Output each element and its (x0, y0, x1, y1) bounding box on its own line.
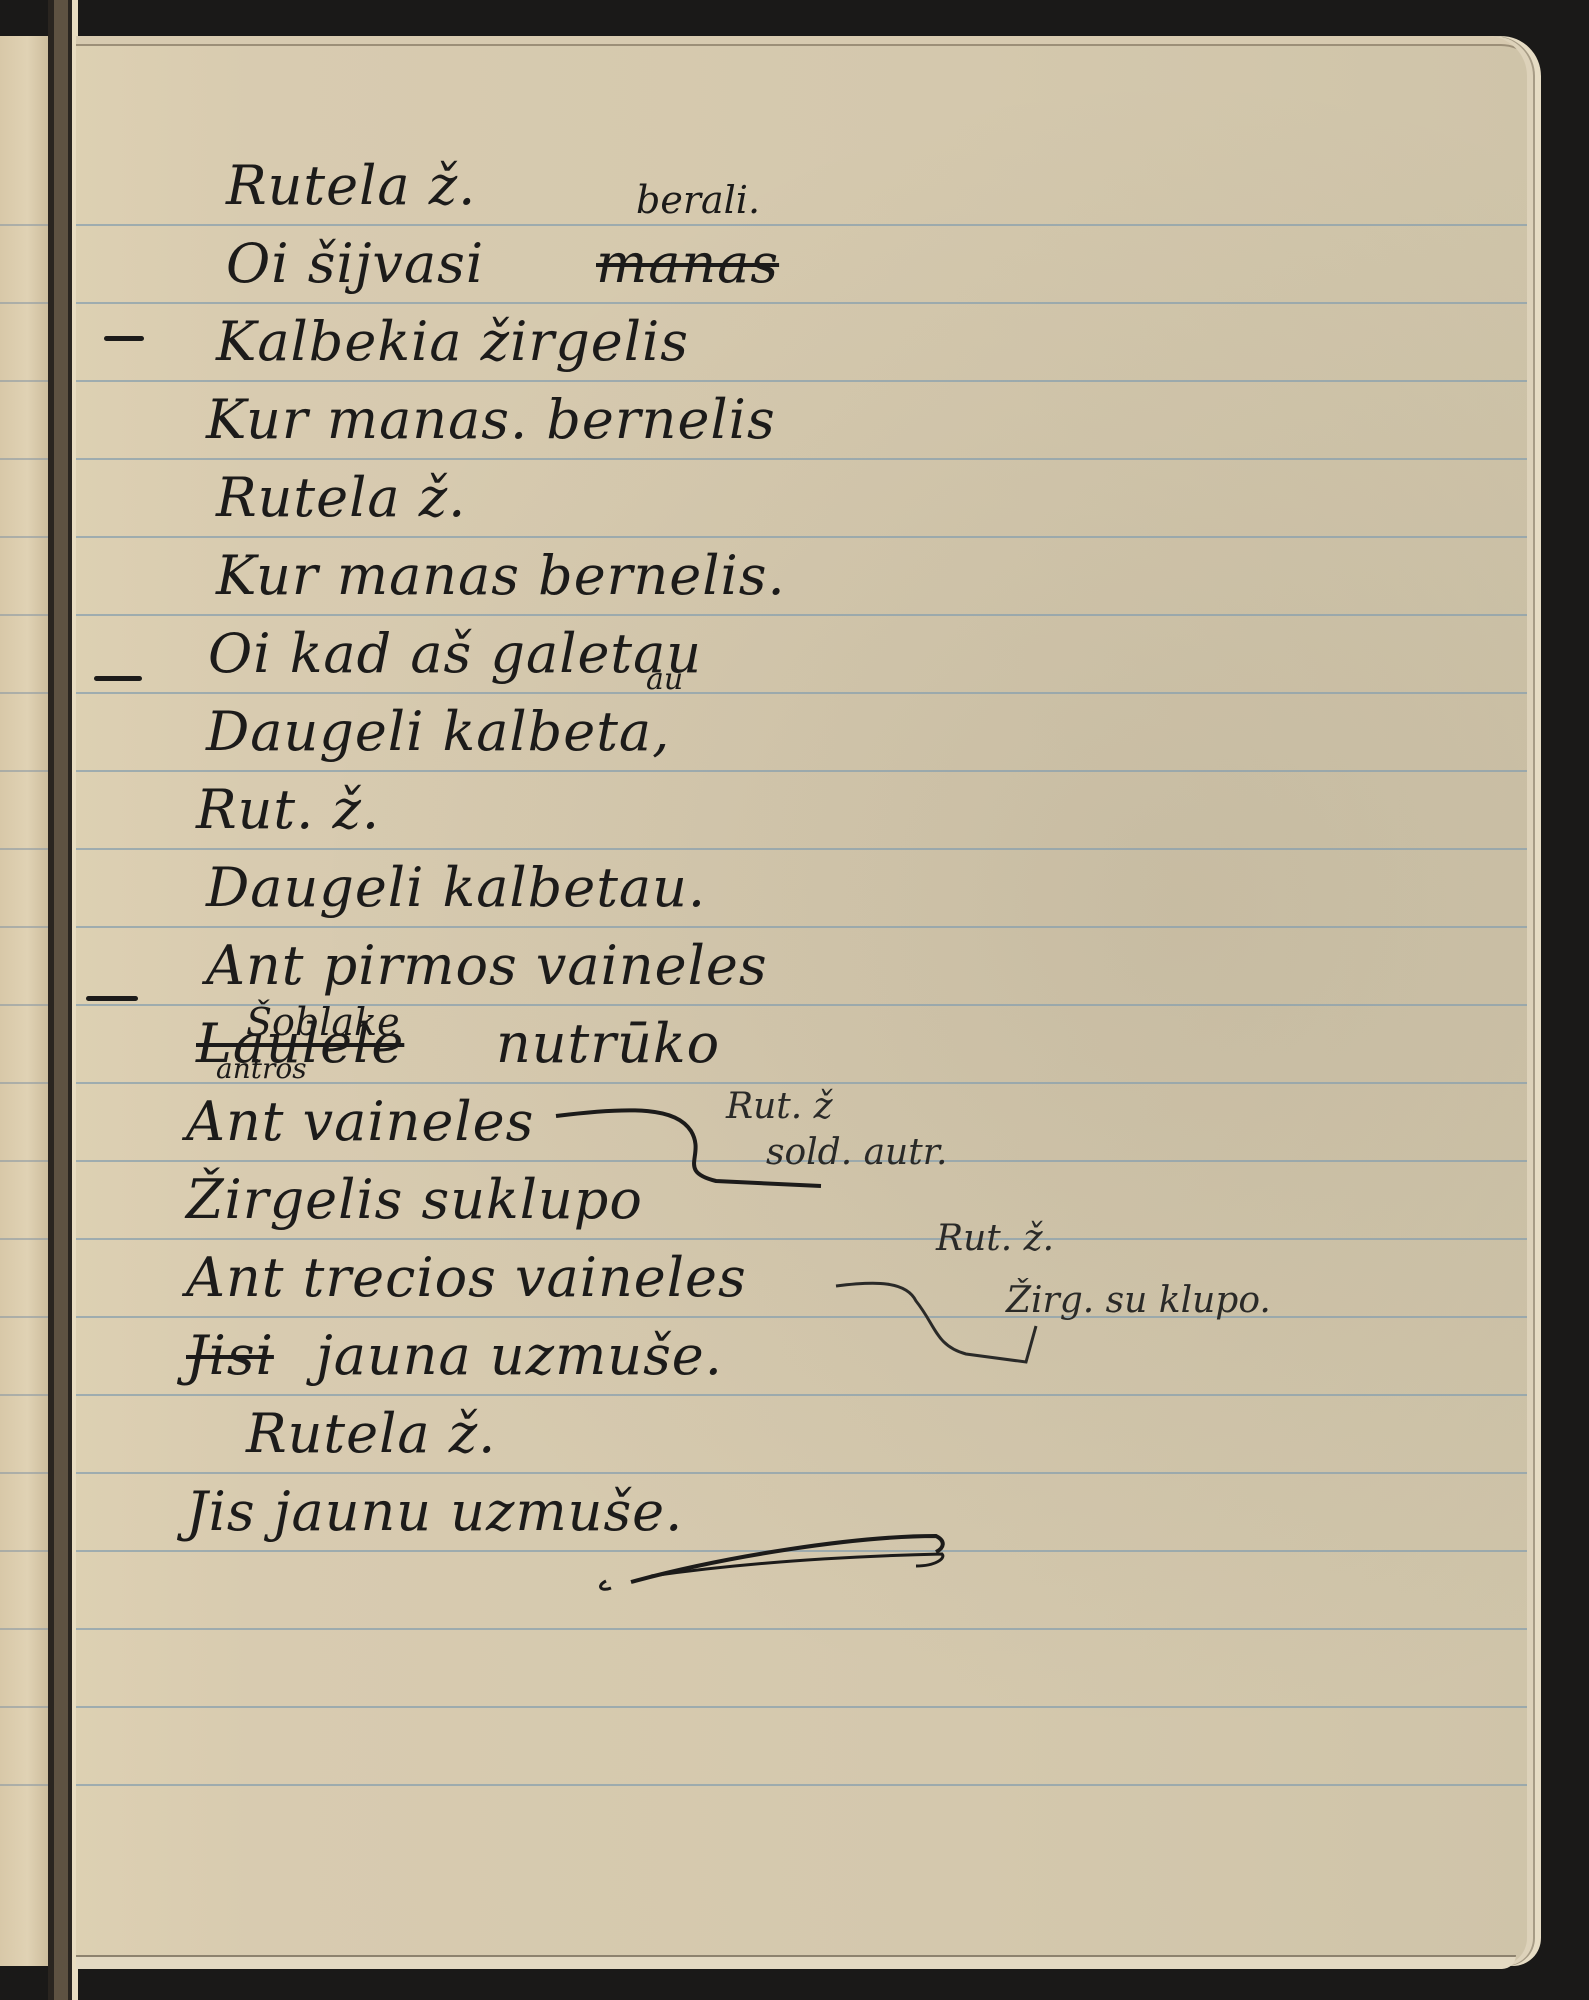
ink-strokes (76, 36, 1541, 1966)
ruled-line (0, 692, 50, 694)
ruled-line (0, 1316, 50, 1318)
ruled-line (0, 1394, 50, 1396)
ruled-line (0, 1160, 50, 1162)
page-bottom-edge (76, 1955, 1516, 1969)
ruled-line (0, 770, 50, 772)
ruled-line (0, 1550, 50, 1552)
ruled-line (0, 1004, 50, 1006)
ruled-line (0, 536, 50, 538)
ruled-line (0, 1628, 50, 1630)
ruled-line (0, 926, 50, 928)
ruled-line (0, 1082, 50, 1084)
ruled-line (0, 302, 50, 304)
left-page-edge (0, 36, 50, 1966)
ruled-line (0, 224, 50, 226)
binding-spine (54, 0, 68, 2000)
ruled-line (0, 848, 50, 850)
ruled-line (0, 1784, 50, 1786)
ruled-line (0, 614, 50, 616)
ruled-line (0, 380, 50, 382)
ruled-line (0, 1706, 50, 1708)
ruled-line (0, 1472, 50, 1474)
notebook-page: Rutela ž. Oi šijvasi manas berali. Kalbe… (76, 36, 1541, 1966)
ruled-line (0, 458, 50, 460)
ruled-line (0, 1238, 50, 1240)
